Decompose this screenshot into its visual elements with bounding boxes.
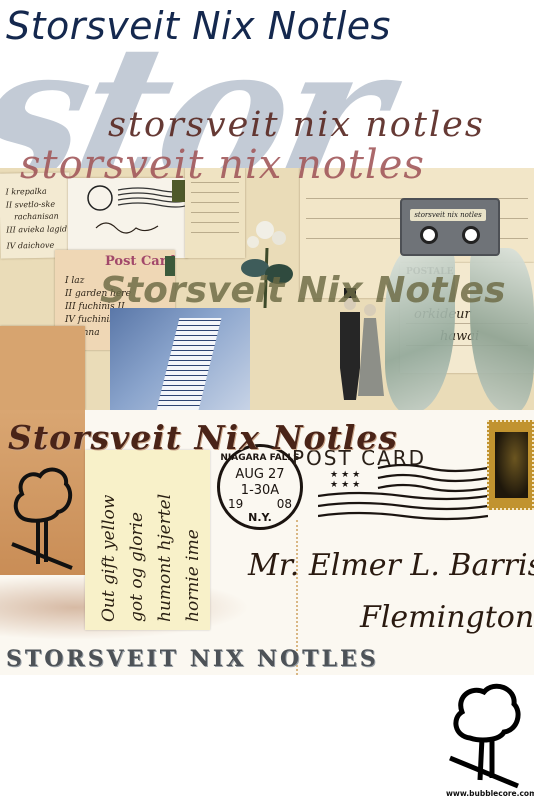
tree-icon [8,460,76,570]
postmark-year: 19 08 [228,497,292,511]
postmark-state: N.Y. [220,511,300,524]
woodtype-title: STORSVEIT NIX NOTLES [6,646,379,672]
handwritten-note: Out gift yellow got og glorie humont hje… [85,450,210,630]
website-link[interactable]: www.bubblecore.com [446,789,534,798]
stamp-portrait-icon [495,432,528,498]
main-title: Storsveit Nix Notles [6,4,391,48]
distressed-title: storsveit nix notles [108,105,485,145]
postmark-year-left: 19 [228,497,243,511]
postmark-time: 1-30A [220,483,300,498]
list-line: I krepalka [6,187,47,197]
address-city: Flemington [360,600,534,635]
postage-stamp [487,420,534,510]
address-name: Mr. Elmer L. Barris [248,548,534,583]
list-line: IV daichove [6,241,54,251]
cassette-reel-right [462,226,480,244]
flag-stars-icon: ★★★★★★ [330,470,363,490]
list-line: II svetlo-ske [6,200,55,210]
note-line: hornie ime [183,529,203,622]
olive-brush-title: Storsveit Nix Notles [100,270,506,311]
cassette-reel-left [420,226,438,244]
ornate-title: Storsveit Nix Notles [8,418,398,457]
note-line: Out gift yellow [99,495,119,622]
brown-paper-scrap [0,326,85,410]
mauve-script-title: storsveit nix notles [20,142,425,188]
postcard-with-postmark [68,178,188,258]
cassette-label: storsveit nix notles [410,209,486,221]
postmark-cancel-icon [68,178,188,258]
cassette-tape-icon: storsveit nix notles [400,198,500,256]
list-line: rachanisan [14,212,59,222]
postmark-year-right: 08 [277,497,292,511]
note-line: humont hjertel [155,494,175,622]
tree-icon [448,680,523,790]
note-line: got og glorie [127,512,147,622]
list-line: I laz [65,276,84,286]
list-line: III avieka lagid [6,224,67,234]
postmark-date: AUG 27 [220,467,300,482]
